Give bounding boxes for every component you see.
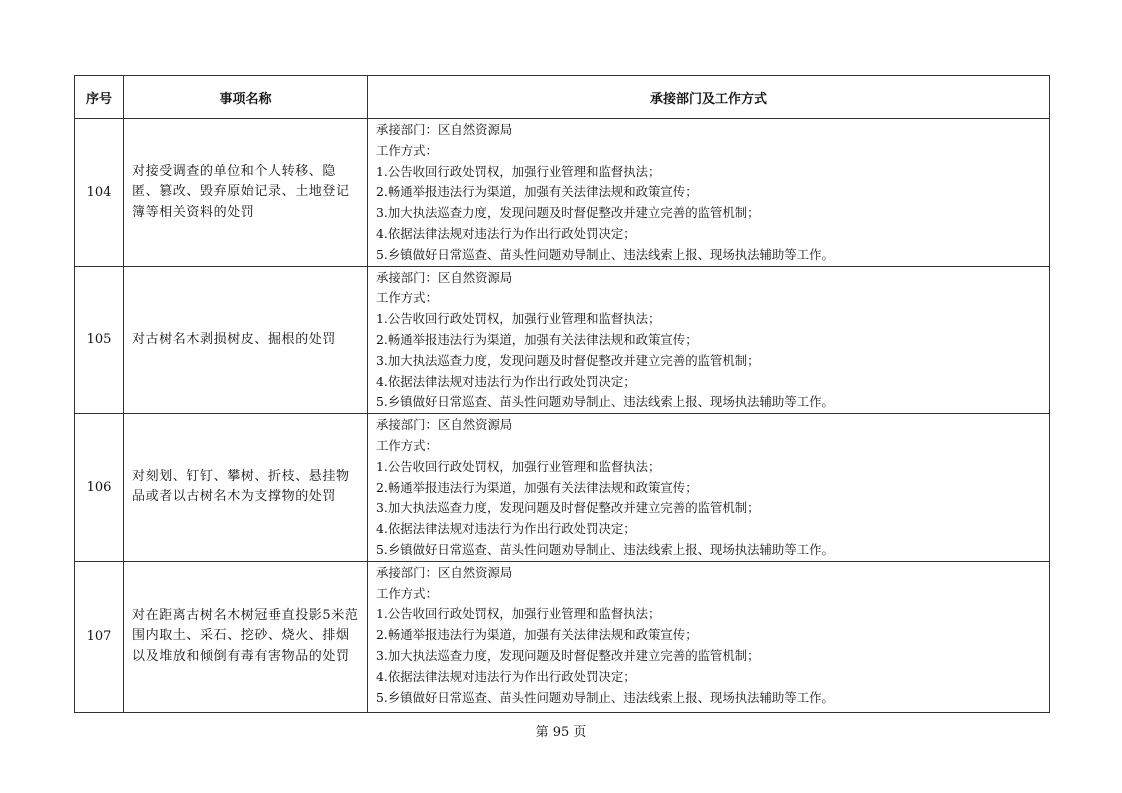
method-label: 工作方式： (376, 141, 1049, 162)
method-step: 5.乡镇做好日常巡查、苗头性问题劝导制止、违法线索上报、现场执法辅助等工作。 (376, 540, 1049, 561)
method-label: 工作方式： (376, 288, 1049, 309)
method-step: 2.畅通举报违法行为渠道，加强有关法律法规和政策宣传； (376, 330, 1049, 351)
dept-method-cell: 承接部门：区自然资源局工作方式：1.公告收回行政处罚权，加强行业管理和监督执法；… (368, 561, 1050, 712)
header-item-name: 事项名称 (124, 76, 368, 119)
method-step: 1.公告收回行政处罚权，加强行业管理和监督执法； (376, 162, 1049, 183)
method-step: 4.依据法律法规对违法行为作出行政处罚决定； (376, 372, 1049, 393)
method-step: 4.依据法律法规对违法行为作出行政处罚决定； (376, 224, 1049, 245)
dept-method-cell: 承接部门：区自然资源局工作方式：1.公告收回行政处罚权，加强行业管理和监督执法；… (368, 266, 1050, 414)
method-step: 3.加大执法巡查力度，发现问题及时督促整改并建立完善的监管机制； (376, 498, 1049, 519)
table-header-row: 序号 事项名称 承接部门及工作方式 (75, 76, 1050, 119)
dept-line: 承接部门：区自然资源局 (376, 120, 1049, 141)
method-step: 3.加大执法巡查力度，发现问题及时督促整改并建立完善的监管机制； (376, 203, 1049, 224)
header-dept-method: 承接部门及工作方式 (368, 76, 1050, 119)
table-row: 106对刻划、钉钉、攀树、折枝、悬挂物品或者以古树名木为支撑物的处罚承接部门：区… (75, 414, 1050, 562)
item-name: 对接受调查的单位和个人转移、隐匿、篡改、毁弃原始记录、土地登记簿等相关资料的处罚 (124, 119, 368, 267)
method-step: 5.乡镇做好日常巡查、苗头性问题劝导制止、违法线索上报、现场执法辅助等工作。 (376, 392, 1049, 413)
item-name: 对刻划、钉钉、攀树、折枝、悬挂物品或者以古树名木为支撑物的处罚 (124, 414, 368, 562)
item-name: 对古树名木剥损树皮、掘根的处罚 (124, 266, 368, 414)
method-step: 1.公告收回行政处罚权，加强行业管理和监督执法； (376, 309, 1049, 330)
row-number: 107 (75, 561, 124, 712)
items-table: 序号 事项名称 承接部门及工作方式 104对接受调查的单位和个人转移、隐匿、篡改… (74, 75, 1050, 713)
method-step: 5.乡镇做好日常巡查、苗头性问题劝导制止、违法线索上报、现场执法辅助等工作。 (376, 688, 1049, 709)
row-number: 106 (75, 414, 124, 562)
method-step: 2.畅通举报违法行为渠道，加强有关法律法规和政策宣传； (376, 478, 1049, 499)
method-step: 2.畅通举报违法行为渠道，加强有关法律法规和政策宣传； (376, 182, 1049, 203)
method-step: 2.畅通举报违法行为渠道，加强有关法律法规和政策宣传； (376, 625, 1049, 646)
method-label: 工作方式： (376, 436, 1049, 457)
method-step: 1.公告收回行政处罚权，加强行业管理和监督执法； (376, 457, 1049, 478)
method-step: 3.加大执法巡查力度，发现问题及时督促整改并建立完善的监管机制； (376, 646, 1049, 667)
method-step: 1.公告收回行政处罚权，加强行业管理和监督执法； (376, 604, 1049, 625)
table-row: 104对接受调查的单位和个人转移、隐匿、篡改、毁弃原始记录、土地登记簿等相关资料… (75, 119, 1050, 267)
method-label: 工作方式： (376, 584, 1049, 605)
method-step: 3.加大执法巡查力度，发现问题及时督促整改并建立完善的监管机制； (376, 351, 1049, 372)
dept-method-cell: 承接部门：区自然资源局工作方式：1.公告收回行政处罚权，加强行业管理和监督执法；… (368, 414, 1050, 562)
dept-line: 承接部门：区自然资源局 (376, 415, 1049, 436)
method-step: 4.依据法律法规对违法行为作出行政处罚决定； (376, 667, 1049, 688)
table-row: 107对在距离古树名木树冠垂直投影5米范围内取土、采石、挖砂、烧火、排烟以及堆放… (75, 561, 1050, 712)
dept-line: 承接部门：区自然资源局 (376, 268, 1049, 289)
item-name: 对在距离古树名木树冠垂直投影5米范围内取土、采石、挖砂、烧火、排烟以及堆放和倾倒… (124, 561, 368, 712)
row-number: 104 (75, 119, 124, 267)
row-number: 105 (75, 266, 124, 414)
method-step: 4.依据法律法规对违法行为作出行政处罚决定； (376, 519, 1049, 540)
header-no: 序号 (75, 76, 124, 119)
table-row: 105对古树名木剥损树皮、掘根的处罚承接部门：区自然资源局工作方式：1.公告收回… (75, 266, 1050, 414)
dept-line: 承接部门：区自然资源局 (376, 563, 1049, 584)
dept-method-cell: 承接部门：区自然资源局工作方式：1.公告收回行政处罚权，加强行业管理和监督执法；… (368, 119, 1050, 267)
page-number: 第 95 页 (0, 721, 1122, 740)
method-step: 5.乡镇做好日常巡查、苗头性问题劝导制止、违法线索上报、现场执法辅助等工作。 (376, 245, 1049, 266)
